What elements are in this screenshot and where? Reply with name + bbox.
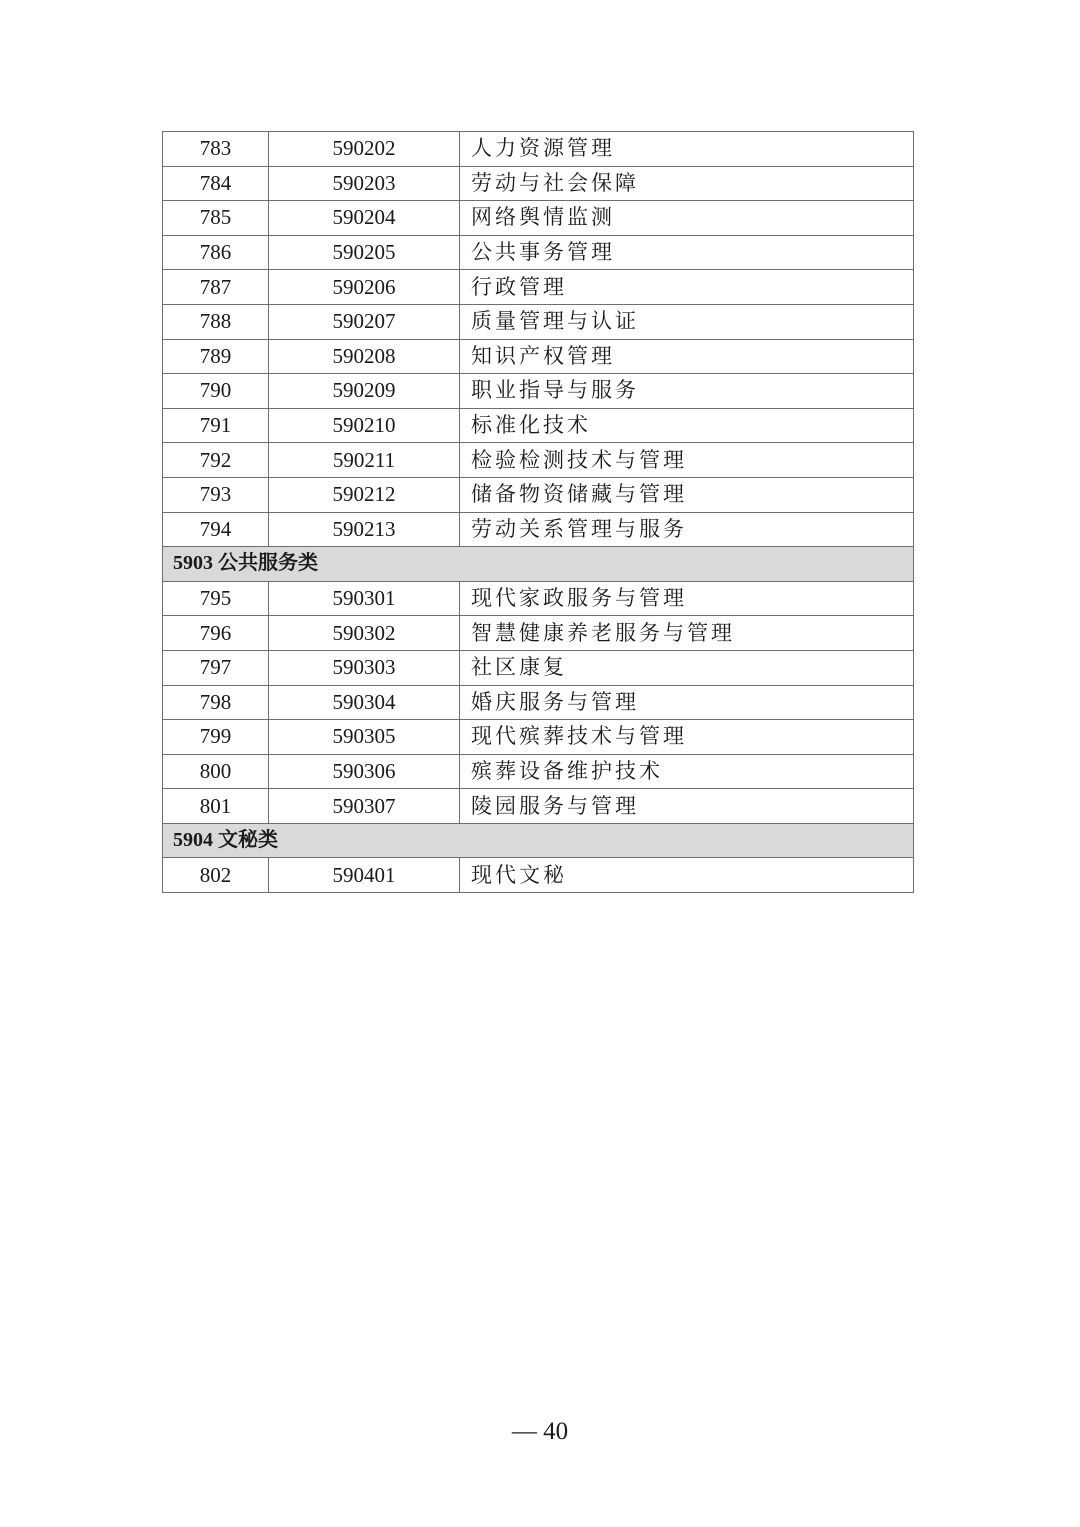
major-name-cell: 储备物资储藏与管理	[460, 477, 914, 512]
table-row: 791590210标准化技术	[163, 408, 914, 443]
major-code-cell: 590209	[269, 374, 460, 409]
table-row: 789590208知识产权管理	[163, 339, 914, 374]
table-row: 792590211检验检测技术与管理	[163, 443, 914, 478]
sequence-number-cell: 792	[163, 443, 269, 478]
major-name-cell: 劳动与社会保障	[460, 166, 914, 201]
sequence-number-cell: 787	[163, 270, 269, 305]
category-header-row: 5903 公共服务类	[163, 547, 914, 582]
sequence-number-cell: 789	[163, 339, 269, 374]
sequence-number-cell: 795	[163, 581, 269, 616]
major-name-cell: 陵园服务与管理	[460, 789, 914, 824]
major-code-cell: 590211	[269, 443, 460, 478]
table-row: 796590302智慧健康养老服务与管理	[163, 616, 914, 651]
sequence-number-cell: 794	[163, 512, 269, 547]
major-code-cell: 590212	[269, 477, 460, 512]
table-row: 790590209职业指导与服务	[163, 374, 914, 409]
major-name-cell: 网络舆情监测	[460, 201, 914, 236]
category-label: 5904 文秘类	[163, 823, 914, 858]
table-row: 788590207质量管理与认证	[163, 304, 914, 339]
table-row: 783590202人力资源管理	[163, 132, 914, 167]
sequence-number-cell: 788	[163, 304, 269, 339]
major-name-cell: 婚庆服务与管理	[460, 685, 914, 720]
major-name-cell: 标准化技术	[460, 408, 914, 443]
table-row: 787590206行政管理	[163, 270, 914, 305]
sequence-number-cell: 790	[163, 374, 269, 409]
table-row: 801590307陵园服务与管理	[163, 789, 914, 824]
major-name-cell: 质量管理与认证	[460, 304, 914, 339]
major-code-cell: 590303	[269, 650, 460, 685]
major-name-cell: 公共事务管理	[460, 235, 914, 270]
major-code-cell: 590203	[269, 166, 460, 201]
major-name-cell: 殡葬设备维护技术	[460, 754, 914, 789]
major-name-cell: 劳动关系管理与服务	[460, 512, 914, 547]
sequence-number-cell: 799	[163, 720, 269, 755]
category-label: 5903 公共服务类	[163, 547, 914, 582]
major-name-cell: 现代家政服务与管理	[460, 581, 914, 616]
major-code-cell: 590302	[269, 616, 460, 651]
sequence-number-cell: 797	[163, 650, 269, 685]
sequence-number-cell: 786	[163, 235, 269, 270]
table-row: 795590301现代家政服务与管理	[163, 581, 914, 616]
sequence-number-cell: 798	[163, 685, 269, 720]
sequence-number-cell: 796	[163, 616, 269, 651]
table-row: 797590303社区康复	[163, 650, 914, 685]
sequence-number-cell: 783	[163, 132, 269, 167]
table-row: 799590305现代殡葬技术与管理	[163, 720, 914, 755]
major-name-cell: 知识产权管理	[460, 339, 914, 374]
major-name-cell: 智慧健康养老服务与管理	[460, 616, 914, 651]
table-row: 800590306殡葬设备维护技术	[163, 754, 914, 789]
major-code-cell: 590207	[269, 304, 460, 339]
table-row: 786590205公共事务管理	[163, 235, 914, 270]
sequence-number-cell: 785	[163, 201, 269, 236]
table-body: 783590202人力资源管理784590203劳动与社会保障785590204…	[163, 132, 914, 893]
sequence-number-cell: 784	[163, 166, 269, 201]
sequence-number-cell: 802	[163, 858, 269, 893]
sequence-number-cell: 791	[163, 408, 269, 443]
major-code-cell: 590305	[269, 720, 460, 755]
major-name-cell: 现代文秘	[460, 858, 914, 893]
table-row: 793590212储备物资储藏与管理	[163, 477, 914, 512]
major-code-cell: 590307	[269, 789, 460, 824]
major-name-cell: 行政管理	[460, 270, 914, 305]
page-number: — 40	[0, 1418, 1080, 1446]
table-row: 794590213劳动关系管理与服务	[163, 512, 914, 547]
major-code-cell: 590208	[269, 339, 460, 374]
major-name-cell: 人力资源管理	[460, 132, 914, 167]
major-code-cell: 590205	[269, 235, 460, 270]
major-name-cell: 现代殡葬技术与管理	[460, 720, 914, 755]
table-row: 784590203劳动与社会保障	[163, 166, 914, 201]
major-name-cell: 社区康复	[460, 650, 914, 685]
category-header-row: 5904 文秘类	[163, 823, 914, 858]
major-code-cell: 590301	[269, 581, 460, 616]
sequence-number-cell: 800	[163, 754, 269, 789]
major-code-cell: 590401	[269, 858, 460, 893]
major-code-cell: 590306	[269, 754, 460, 789]
table-row: 785590204网络舆情监测	[163, 201, 914, 236]
major-list-table: 783590202人力资源管理784590203劳动与社会保障785590204…	[162, 131, 914, 893]
major-code-cell: 590206	[269, 270, 460, 305]
table-row: 798590304婚庆服务与管理	[163, 685, 914, 720]
major-code-cell: 590204	[269, 201, 460, 236]
table-row: 802590401现代文秘	[163, 858, 914, 893]
major-code-cell: 590304	[269, 685, 460, 720]
sequence-number-cell: 793	[163, 477, 269, 512]
major-code-cell: 590213	[269, 512, 460, 547]
sequence-number-cell: 801	[163, 789, 269, 824]
major-code-cell: 590210	[269, 408, 460, 443]
major-name-cell: 职业指导与服务	[460, 374, 914, 409]
major-code-cell: 590202	[269, 132, 460, 167]
major-name-cell: 检验检测技术与管理	[460, 443, 914, 478]
